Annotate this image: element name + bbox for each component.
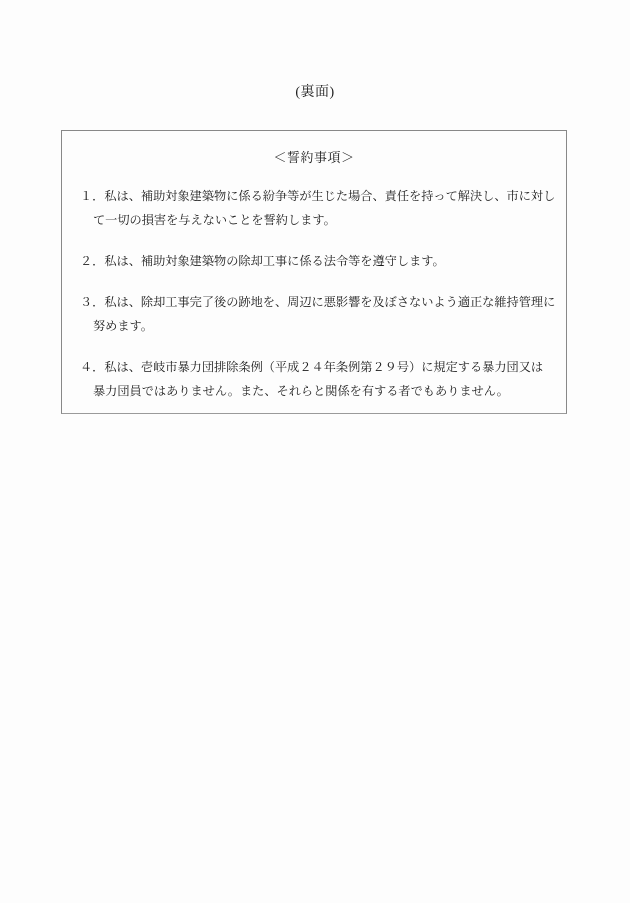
pledge-title: ＜誓約事項＞: [72, 146, 556, 170]
pledge-item-3-line-2: 努めます。: [80, 314, 556, 338]
pledge-item-2-line-1: ２．私は、補助対象建築物の除却工事に係る法令等を遵守します。: [80, 249, 556, 273]
pledge-item-4: ４．私は、壱岐市暴力団排除条例（平成２４年条例第２９号）に規定する暴力団又は 暴…: [80, 355, 556, 403]
pledge-item-4-line-1: ４．私は、壱岐市暴力団排除条例（平成２４年条例第２９号）に規定する暴力団又は: [80, 355, 556, 379]
pledge-item-4-line-2: 暴力団員ではありません。また、それらと関係を有する者でもありません。: [80, 379, 556, 403]
pledge-item-1-line-2: て一切の損害を与えないことを誓約します。: [80, 208, 556, 232]
pledge-box: ＜誓約事項＞ １．私は、補助対象建築物に係る紛争等が生じた場合、責任を持って解決…: [61, 130, 567, 414]
pledge-item-2: ２．私は、補助対象建築物の除却工事に係る法令等を遵守します。: [80, 249, 556, 273]
document-page: (裏面) ＜誓約事項＞ １．私は、補助対象建築物に係る紛争等が生じた場合、責任を…: [0, 0, 630, 903]
pledge-item-1-line-1: １．私は、補助対象建築物に係る紛争等が生じた場合、責任を持って解決し、市に対し: [80, 184, 556, 208]
pledge-item-3: ３．私は、除却工事完了後の跡地を、周辺に悪影響を及ぼさないよう適正な維持管理に …: [80, 290, 556, 338]
pledge-item-1: １．私は、補助対象建築物に係る紛争等が生じた場合、責任を持って解決し、市に対し …: [80, 184, 556, 232]
back-side-label: (裏面): [0, 84, 630, 101]
pledge-item-3-line-1: ３．私は、除却工事完了後の跡地を、周辺に悪影響を及ぼさないよう適正な維持管理に: [80, 290, 556, 314]
